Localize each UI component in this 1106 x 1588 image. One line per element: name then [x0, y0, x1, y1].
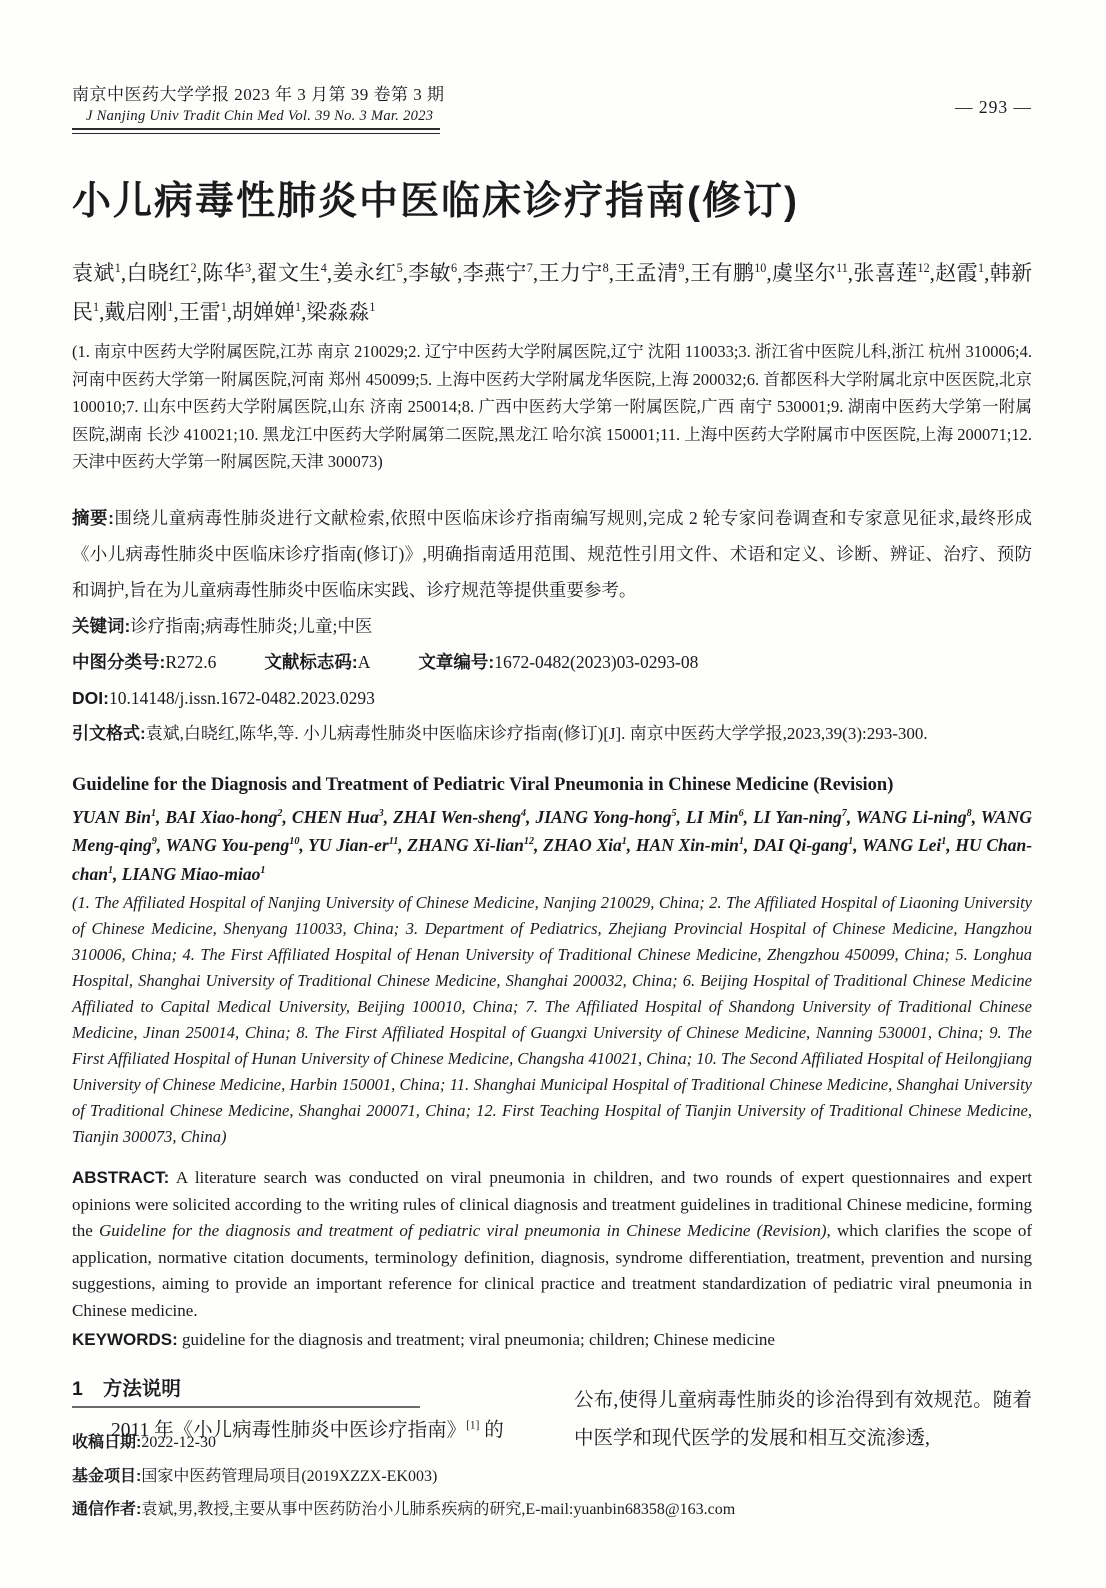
- author-name: ZHANG Xi-lian12: [407, 835, 534, 855]
- abstract-label-cn: 摘要:: [72, 508, 114, 528]
- author-list-en: YUAN Bin1, BAI Xiao-hong2, CHEN Hua3, ZH…: [72, 803, 1032, 889]
- author-name: HAN Xin-min1: [636, 835, 744, 855]
- author-name: 李敏6: [408, 261, 457, 285]
- author-affiliation-superscript: 1: [622, 836, 627, 847]
- article-title-cn: 小儿病毒性肺炎中医临床诊疗指南(修订): [72, 170, 1032, 226]
- footnote-block: 收稿日期:2022-12-30 基金项目:国家中医药管理局项目(2019XZZX…: [72, 1406, 1032, 1527]
- journal-page: 南京中医药大学学报 2023 年 3 月第 39 卷第 3 期 J Nanjin…: [0, 0, 1106, 1588]
- author-name: 袁斌1: [72, 261, 121, 285]
- abstract-label-en: ABSTRACT:: [72, 1168, 169, 1187]
- clc-label: 中图分类号:: [72, 652, 165, 672]
- author-affiliation-superscript: 12: [918, 261, 930, 275]
- received-date-line: 收稿日期:2022-12-30: [72, 1426, 1032, 1460]
- author-affiliation-superscript: 1: [221, 300, 227, 314]
- received-date-value: 2022-12-30: [141, 1434, 216, 1451]
- corresponding-author-value: 袁斌,男,教授,主要从事中医药防治小儿肺系疾病的研究,E-mail:yuanbi…: [141, 1501, 735, 1518]
- author-affiliation-superscript: 8: [603, 261, 609, 275]
- citation-row: 引文格式:袁斌,白晓红,陈华,等. 小儿病毒性肺炎中医临床诊疗指南(修订)[J]…: [72, 716, 1032, 752]
- author-name: JIANG Yong-hong5: [535, 807, 676, 827]
- author-name: BAI Xiao-hong2: [165, 807, 282, 827]
- meta-row: 中图分类号:R272.6 文献标志码:A 文章编号:1672-0482(2023…: [72, 644, 1032, 680]
- doc-code-field: 文献标志码:A: [264, 644, 370, 680]
- author-name: 王有鹏10: [690, 261, 767, 285]
- abstract-en: ABSTRACT: A literature search was conduc…: [72, 1165, 1032, 1324]
- author-name: 姜永红5: [332, 261, 403, 285]
- citation-label: 引文格式:: [72, 724, 146, 743]
- author-affiliation-superscript: 1: [108, 865, 113, 876]
- author-affiliation-superscript: 7: [527, 261, 533, 275]
- fund-value: 国家中医药管理局项目(2019XZZX-EK003): [141, 1468, 437, 1485]
- author-name: 赵霞1: [935, 261, 984, 285]
- author-affiliation-superscript: 12: [524, 836, 534, 847]
- author-affiliation-superscript: 10: [289, 836, 299, 847]
- footnote-rule: [72, 1406, 420, 1408]
- author-affiliation-superscript: 1: [167, 300, 173, 314]
- author-affiliation-superscript: 1: [369, 300, 375, 314]
- author-name: 王雷1: [179, 300, 227, 324]
- author-name: 王孟清9: [614, 261, 685, 285]
- page-number: — 293 —: [955, 97, 1032, 134]
- doi-row: DOI:10.14148/j.issn.1672-0482.2023.0293: [72, 680, 1032, 716]
- doi-label: DOI:: [72, 688, 109, 708]
- author-affiliation-superscript: 6: [739, 808, 744, 819]
- author-affiliation-superscript: 5: [671, 808, 676, 819]
- section-1-title: 方法说明: [103, 1378, 181, 1400]
- author-affiliation-superscript: 11: [389, 836, 399, 847]
- doc-code-label: 文献标志码:: [264, 652, 357, 672]
- author-affiliation-superscript: 8: [967, 808, 972, 819]
- author-affiliation-superscript: 1: [295, 300, 301, 314]
- author-affiliation-superscript: 4: [321, 261, 327, 275]
- article-title-en: Guideline for the Diagnosis and Treatmen…: [72, 772, 1032, 798]
- corresponding-author-label: 通信作者:: [72, 1501, 141, 1518]
- author-name: 张喜莲12: [853, 261, 930, 285]
- journal-name-cn: 南京中医药大学学报 2023 年 3 月第 39 卷第 3 期: [72, 80, 445, 105]
- author-name: LI Yan-ning7: [753, 807, 847, 827]
- corresponding-author-line: 通信作者:袁斌,男,教授,主要从事中医药防治小儿肺系疾病的研究,E-mail:y…: [72, 1493, 1032, 1527]
- doc-code-value: A: [358, 652, 371, 672]
- author-affiliation-superscript: 7: [842, 808, 847, 819]
- journal-name-en: J Nanjing Univ Tradit Chin Med Vol. 39 N…: [72, 105, 445, 128]
- affiliations-en: (1. The Affiliated Hospital of Nanjing U…: [72, 890, 1032, 1150]
- author-affiliation-superscript: 9: [678, 261, 684, 275]
- author-affiliation-superscript: 2: [191, 261, 197, 275]
- author-name: CHEN Hua3: [292, 807, 384, 827]
- article-id-field: 文章编号:1672-0482(2023)03-0293-08: [418, 644, 698, 680]
- author-name: 王力宁8: [538, 261, 609, 285]
- abstract-text-italic: Guideline for the diagnosis and treatmen…: [99, 1221, 827, 1240]
- keywords-label-en: KEYWORDS:: [72, 1330, 178, 1349]
- author-name: 戴启刚1: [104, 300, 173, 324]
- article-id-label: 文章编号:: [418, 652, 494, 672]
- journal-masthead: 南京中医药大学学报 2023 年 3 月第 39 卷第 3 期 J Nanjin…: [72, 80, 445, 134]
- abstract-cn: 摘要:围绕儿童病毒性肺炎进行文献检索,依照中医临床诊疗指南编写规则,完成 2 轮…: [72, 500, 1032, 608]
- header-double-rule: [72, 128, 440, 134]
- author-name: WANG You-peng10: [166, 835, 300, 855]
- received-date-label: 收稿日期:: [72, 1434, 141, 1451]
- author-affiliation-superscript: 9: [152, 836, 157, 847]
- keywords-value-en: guideline for the diagnosis and treatmen…: [182, 1330, 775, 1349]
- author-name: YU Jian-er11: [308, 835, 398, 855]
- article-id-value: 1672-0482(2023)03-0293-08: [494, 652, 698, 672]
- section-1-number: 1: [72, 1378, 83, 1400]
- author-affiliation-superscript: 1: [848, 836, 853, 847]
- author-affiliation-superscript: 10: [754, 261, 766, 275]
- author-name: 梁淼淼1: [306, 300, 375, 324]
- author-affiliation-superscript: 1: [978, 261, 984, 275]
- author-affiliation-superscript: 4: [521, 808, 526, 819]
- fund-line: 基金项目:国家中医药管理局项目(2019XZZX-EK003): [72, 1460, 1032, 1494]
- author-name: YUAN Bin1: [72, 807, 156, 827]
- clc-field: 中图分类号:R272.6: [72, 644, 216, 680]
- affiliations-cn: (1. 南京中医药大学附属医院,江苏 南京 210029;2. 辽宁中医药大学附…: [72, 338, 1032, 476]
- clc-value: R272.6: [165, 652, 216, 672]
- author-name: 白晓红2: [126, 261, 197, 285]
- author-name: ZHAO Xia1: [543, 835, 627, 855]
- author-name: 陈华3: [202, 261, 251, 285]
- citation-value: 袁斌,白晓红,陈华,等. 小儿病毒性肺炎中医临床诊疗指南(修订)[J]. 南京中…: [146, 724, 928, 743]
- author-affiliation-superscript: 1: [151, 808, 156, 819]
- author-name: 翟文生4: [256, 261, 327, 285]
- author-affiliation-superscript: 3: [379, 808, 384, 819]
- author-affiliation-superscript: 1: [260, 865, 265, 876]
- author-affiliation-superscript: 1: [93, 300, 99, 314]
- doi-value: 10.14148/j.issn.1672-0482.2023.0293: [109, 688, 375, 708]
- author-name: DAI Qi-gang1: [753, 835, 853, 855]
- author-name: WANG Lei1: [862, 835, 946, 855]
- author-affiliation-superscript: 3: [245, 261, 251, 275]
- author-affiliation-superscript: 2: [277, 808, 282, 819]
- author-affiliation-superscript: 5: [397, 261, 403, 275]
- fund-label: 基金项目:: [72, 1468, 141, 1485]
- author-name: LIANG Miao-miao1: [122, 864, 266, 884]
- keywords-label-cn: 关键词:: [72, 616, 130, 636]
- author-name: LI Min6: [686, 807, 744, 827]
- author-list-cn: 袁斌1,白晓红2,陈华3,翟文生4,姜永红5,李敏6,李燕宁7,王力宁8,王孟清…: [72, 254, 1032, 332]
- author-affiliation-superscript: 11: [836, 261, 848, 275]
- author-affiliation-superscript: 1: [941, 836, 946, 847]
- author-name: 虞坚尔11: [772, 261, 848, 285]
- author-affiliation-superscript: 1: [115, 261, 121, 275]
- author-name: ZHAI Wen-sheng4: [393, 807, 526, 827]
- author-name: 李燕宁7: [462, 261, 533, 285]
- author-name: WANG Li-ning8: [856, 807, 972, 827]
- abstract-text-cn: 围绕儿童病毒性肺炎进行文献检索,依照中医临床诊疗指南编写规则,完成 2 轮专家问…: [72, 508, 1032, 600]
- author-name: 胡婵婵1: [232, 300, 301, 324]
- page-header: 南京中医药大学学报 2023 年 3 月第 39 卷第 3 期 J Nanjin…: [72, 80, 1032, 134]
- section-1-heading: 1方法说明: [72, 1374, 530, 1404]
- keywords-cn: 关键词:诊疗指南;病毒性肺炎;儿童;中医: [72, 608, 1032, 644]
- keywords-en: KEYWORDS: guideline for the diagnosis an…: [72, 1327, 1032, 1354]
- keywords-text-cn: 诊疗指南;病毒性肺炎;儿童;中医: [130, 616, 372, 636]
- author-affiliation-superscript: 6: [451, 261, 457, 275]
- english-block: Guideline for the Diagnosis and Treatmen…: [72, 772, 1032, 1354]
- author-affiliation-superscript: 1: [739, 836, 744, 847]
